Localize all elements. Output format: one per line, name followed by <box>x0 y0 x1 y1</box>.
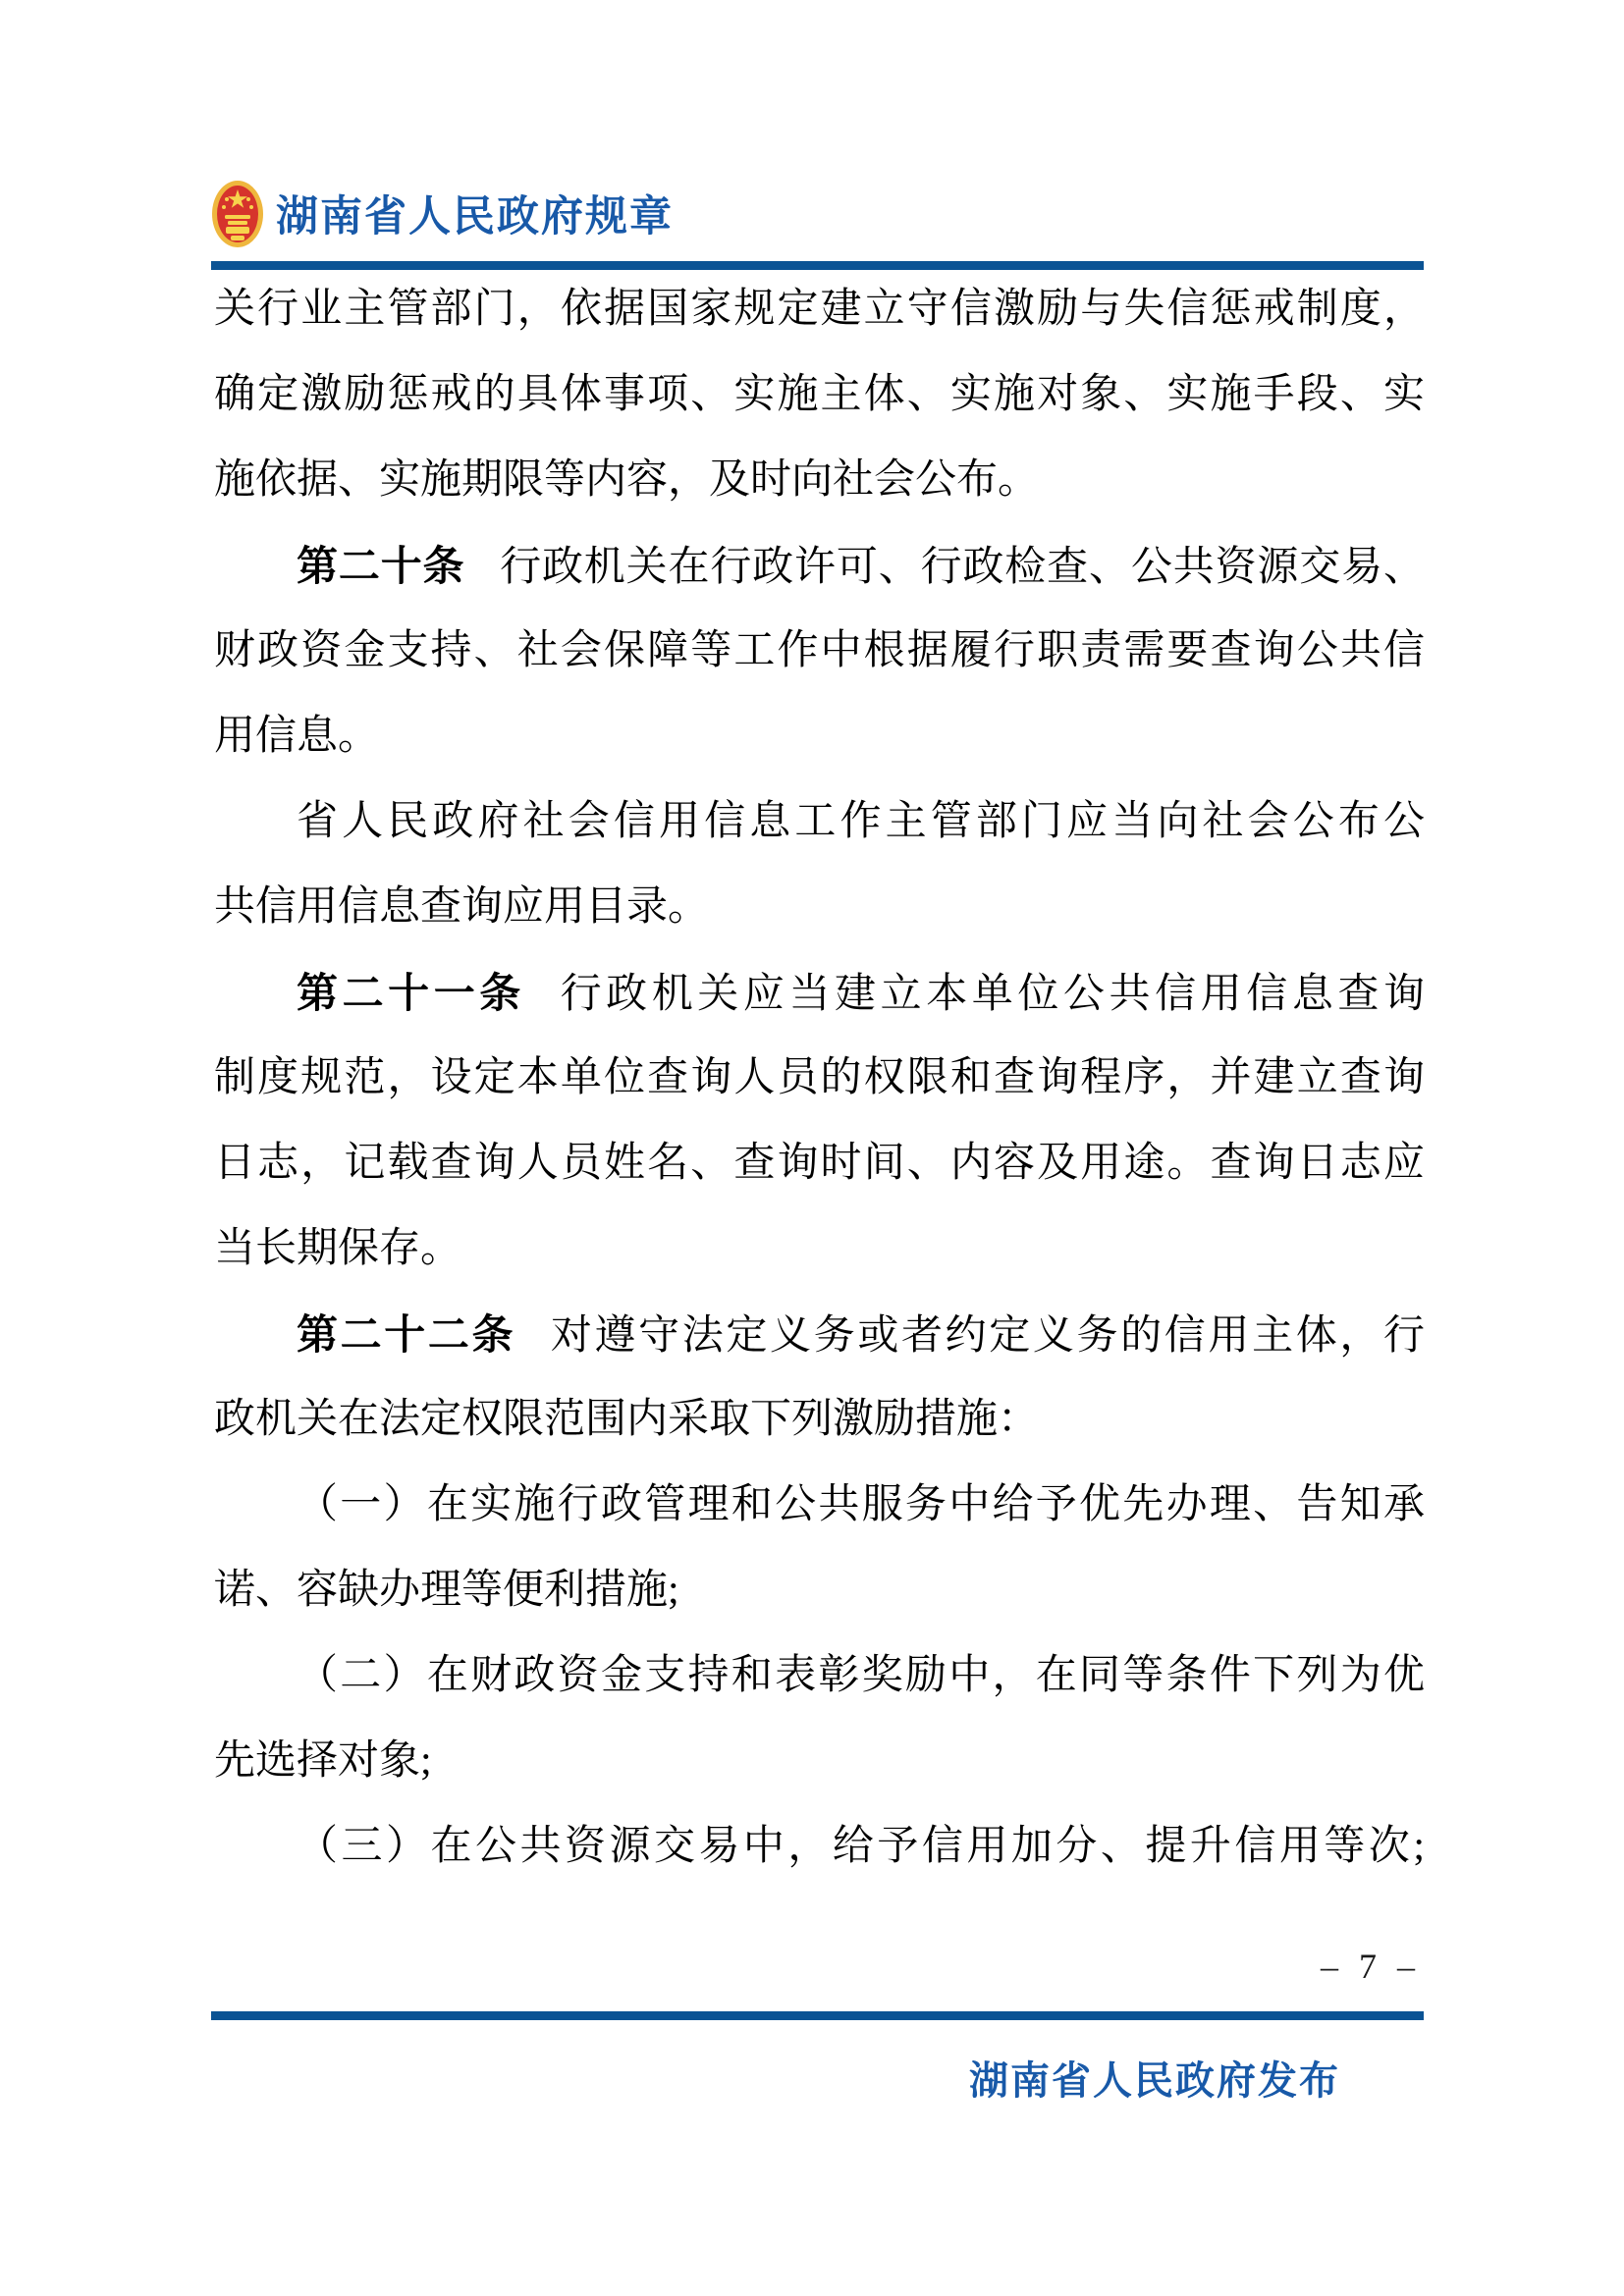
article-number: 第二十条 <box>297 543 464 589</box>
text-line: 第二十二条对遵守法定义务或者约定义务的信用主体，行 <box>214 1292 1425 1377</box>
article-number: 第二十二条 <box>297 1311 515 1358</box>
header: 湖南省人民政府规章 <box>211 172 1424 255</box>
line-text: 财政资金支持、社会保障等工作中根据履行职责需要查询公共信 <box>214 628 1425 673</box>
line-text: 施依据、实施期限等内容，及时向社会公布。 <box>214 457 1039 503</box>
document-body: 关行业主管部门，依据国家规定建立守信激励与失信惩戒制度，确定激励惩戒的具体事项、… <box>214 267 1425 1890</box>
line-text: 先选择对象; <box>214 1738 432 1784</box>
text-line: 日志，记载查询人员姓名、查询时间、内容及用途。查询日志应 <box>214 1121 1425 1206</box>
line-text: 制度规范，设定本单位查询人员的权限和查询程序，并建立查询 <box>214 1055 1425 1100</box>
text-line: （一）在实施行政管理和公共服务中给予优先办理、告知承 <box>214 1463 1425 1548</box>
text-line: （二）在财政资金支持和表彰奖励中，在同等条件下列为优 <box>214 1633 1425 1719</box>
line-text: 对遵守法定义务或者约定义务的信用主体，行 <box>551 1313 1425 1359</box>
text-line: 施依据、实施期限等内容，及时向社会公布。 <box>214 438 1425 523</box>
line-text: （二）在财政资金支持和表彰奖励中，在同等条件下列为优 <box>297 1653 1425 1698</box>
line-text: 共信用信息查询应用目录。 <box>214 884 709 930</box>
page: 湖南省人民政府规章 关行业主管部门，依据国家规定建立守信激励与失信惩戒制度，确定… <box>0 0 1624 2296</box>
line-text: 关行业主管部门，依据国家规定建立守信激励与失信惩戒制度， <box>214 287 1425 332</box>
text-line: 确定激励惩戒的具体事项、实施主体、实施对象、实施手段、实 <box>214 352 1425 438</box>
text-line: 制度规范，设定本单位查询人员的权限和查询程序，并建立查询 <box>214 1036 1425 1121</box>
line-text: 行政机关应当建立本单位公共信用信息查询 <box>561 972 1425 1017</box>
text-line: 省人民政府社会信用信息工作主管部门应当向社会公布公 <box>214 779 1425 865</box>
text-line: 第二十一条行政机关应当建立本单位公共信用信息查询 <box>214 950 1425 1036</box>
line-text: 用信息。 <box>214 714 379 759</box>
text-line: 诺、容缺办理等便利措施; <box>214 1548 1425 1633</box>
line-text: 省人民政府社会信用信息工作主管部门应当向社会公布公 <box>297 799 1425 844</box>
publisher: 湖南省人民政府发布 <box>214 2050 1425 2106</box>
text-line: 政机关在法定权限范围内采取下列激励措施： <box>214 1377 1425 1463</box>
line-text: 当长期保存。 <box>214 1226 461 1271</box>
line-text: 确定激励惩戒的具体事项、实施主体、实施对象、实施手段、实 <box>214 372 1425 417</box>
text-line: 共信用信息查询应用目录。 <box>214 865 1425 950</box>
line-text: 诺、容缺办理等便利措施; <box>214 1568 679 1613</box>
line-text: 政机关在法定权限范围内采取下列激励措施： <box>214 1397 1039 1442</box>
line-text: （三）在公共资源交易中，给予信用加分、提升信用等次; <box>297 1824 1425 1869</box>
text-line: 先选择对象; <box>214 1719 1425 1804</box>
text-line: 财政资金支持、社会保障等工作中根据履行职责需要查询公共信 <box>214 609 1425 694</box>
text-line: （三）在公共资源交易中，给予信用加分、提升信用等次; <box>214 1804 1425 1890</box>
national-emblem-icon <box>211 180 264 248</box>
line-text: 日志，记载查询人员姓名、查询时间、内容及用途。查询日志应 <box>214 1141 1425 1186</box>
article-number: 第二十一条 <box>297 970 525 1016</box>
text-line: 用信息。 <box>214 694 1425 779</box>
line-text: 行政机关在行政许可、行政检查、公共资源交易、 <box>500 545 1425 590</box>
footer-rule <box>211 2011 1424 2020</box>
text-line: 当长期保存。 <box>214 1206 1425 1292</box>
page-number: – 7 – <box>214 1946 1425 1987</box>
page-title: 湖南省人民政府规章 <box>276 184 674 243</box>
text-line: 第二十条行政机关在行政许可、行政检查、公共资源交易、 <box>214 523 1425 609</box>
text-line: 关行业主管部门，依据国家规定建立守信激励与失信惩戒制度， <box>214 267 1425 352</box>
body-lines: 关行业主管部门，依据国家规定建立守信激励与失信惩戒制度，确定激励惩戒的具体事项、… <box>214 267 1425 1890</box>
line-text: （一）在实施行政管理和公共服务中给予优先办理、告知承 <box>297 1482 1425 1527</box>
